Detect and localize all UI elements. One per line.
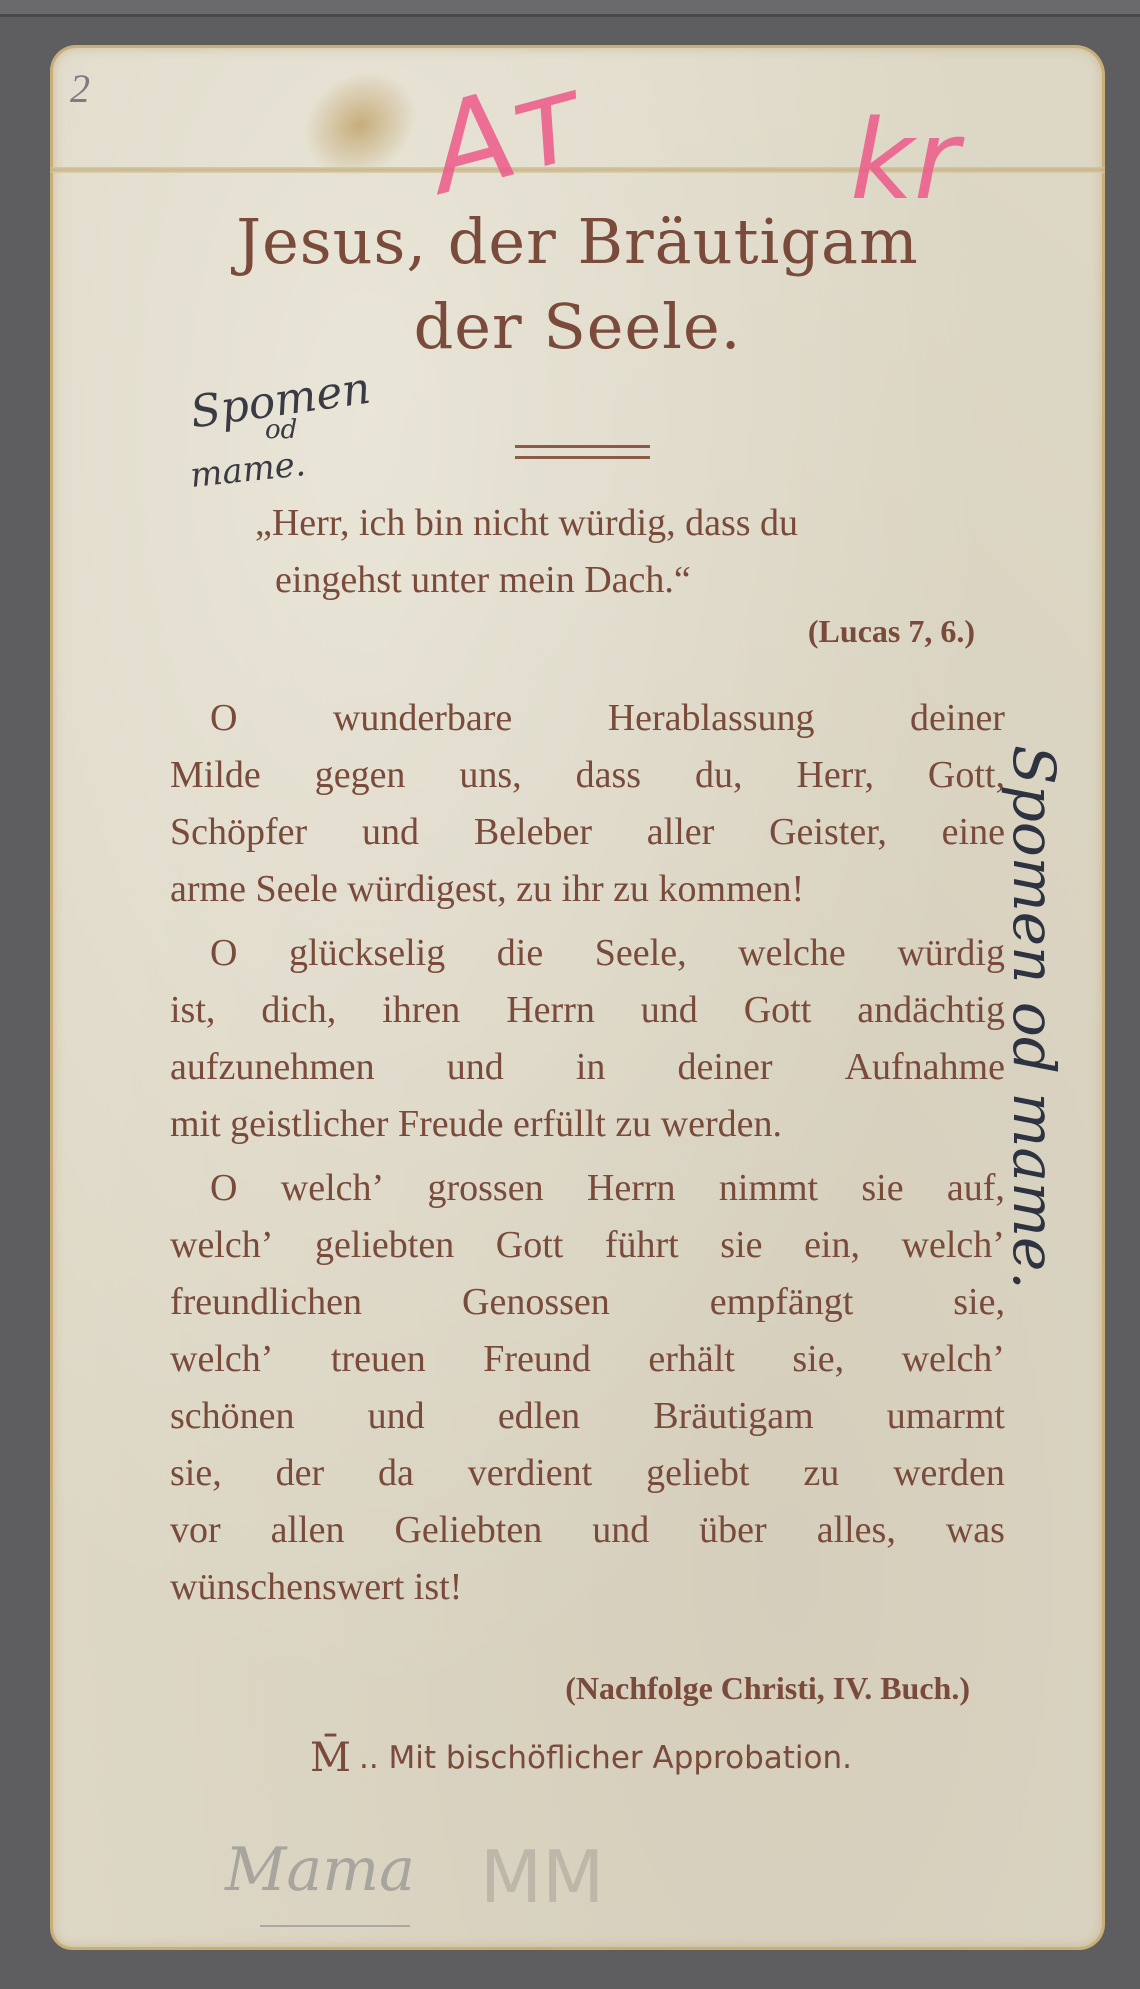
pink-crayon-mark-1: Ат [417,57,595,212]
quote-reference: (Lucas 7, 6.) [808,613,975,650]
handwritten-note-mama: Mama [225,1835,415,1905]
card-title-line-1: Jesus, der Bräutigam [50,205,1105,278]
mat-frame-top [0,0,1140,17]
paragraph-1: OwunderbareHerablassungdeiner Mildegegen… [170,690,1005,918]
paragraph-line: aufzunehmenundindeinerAufnahme [170,1039,1005,1096]
pink-crayon-mark-2: kr [850,105,959,215]
paragraph-line: vorallenGeliebtenundüberalles,was [170,1502,1005,1559]
handwritten-note-mame: mame. [188,444,307,496]
paragraph-3: Owelch’grossenHerrnnimmtsieauf, welch’ge… [170,1160,1005,1616]
paragraph-line: ist,dich,ihrenHerrnundGottandächtig [170,982,1005,1039]
title-double-rule [515,445,650,459]
paragraph-line: sie,derdaverdientgeliebtzuwerden [170,1445,1005,1502]
bible-quote: „Herr, ich bin nicht würdig, dass du ein… [255,495,1055,609]
paragraph-line: OglückseligdieSeele,welchewürdig [170,925,1005,982]
paragraph-line: OwunderbareHerablassungdeiner [170,690,1005,747]
source-reference: (Nachfolge Christi, IV. Buch.) [565,1670,970,1707]
paragraph-2: OglückseligdieSeele,welchewürdig ist,dic… [170,925,1005,1153]
paragraph-line: Owelch’grossenHerrnnimmtsieauf, [170,1160,1005,1217]
quote-line: „Herr, ich bin nicht würdig, dass du [255,495,1055,552]
approbation-text: .. Mit bischöflicher Approbation. [359,1740,852,1776]
card-title-line-2: der Seele. [50,290,1105,363]
paragraph-line: schönenundedlenBräutigamumarmt [170,1388,1005,1445]
holy-card: 2 Ат kr Jesus, der Bräutigam der Seele. … [50,45,1105,1950]
pencil-corner-note: 2 [70,65,90,112]
handwritten-note-od: od [265,415,297,445]
paragraph-line: welch’treuenFreunderhältsie,welch’ [170,1331,1005,1388]
paragraph-line: Mildegegenuns,dassdu,Herr,Gott, [170,747,1005,804]
paragraph-line: SchöpferundBeleberallerGeister,eine [170,804,1005,861]
paragraph-line: mit geistlicher Freude erfüllt zu werden… [170,1096,1005,1153]
paragraph-line: welch’geliebtenGottführtsieein,welch’ [170,1217,1005,1274]
handwritten-vertical-note: Spomen od mame. [1000,745,1068,1290]
paper-stain [282,50,438,201]
marian-monogram-icon: M̄ [310,1735,351,1781]
approbation-line: M̄ .. Mit bischöflicher Approbation. [310,1735,852,1781]
handwritten-underline [260,1925,410,1927]
quote-line: eingehst unter mein Dach.“ [255,552,1055,609]
faint-pencil-marks: MM [480,1835,604,1919]
paragraph-line: wünschenswert ist! [170,1559,1005,1616]
paragraph-line: arme Seele würdigest, zu ihr zu kommen! [170,861,1005,918]
paragraph-line: freundlichenGenossenempfängtsie, [170,1274,1005,1331]
